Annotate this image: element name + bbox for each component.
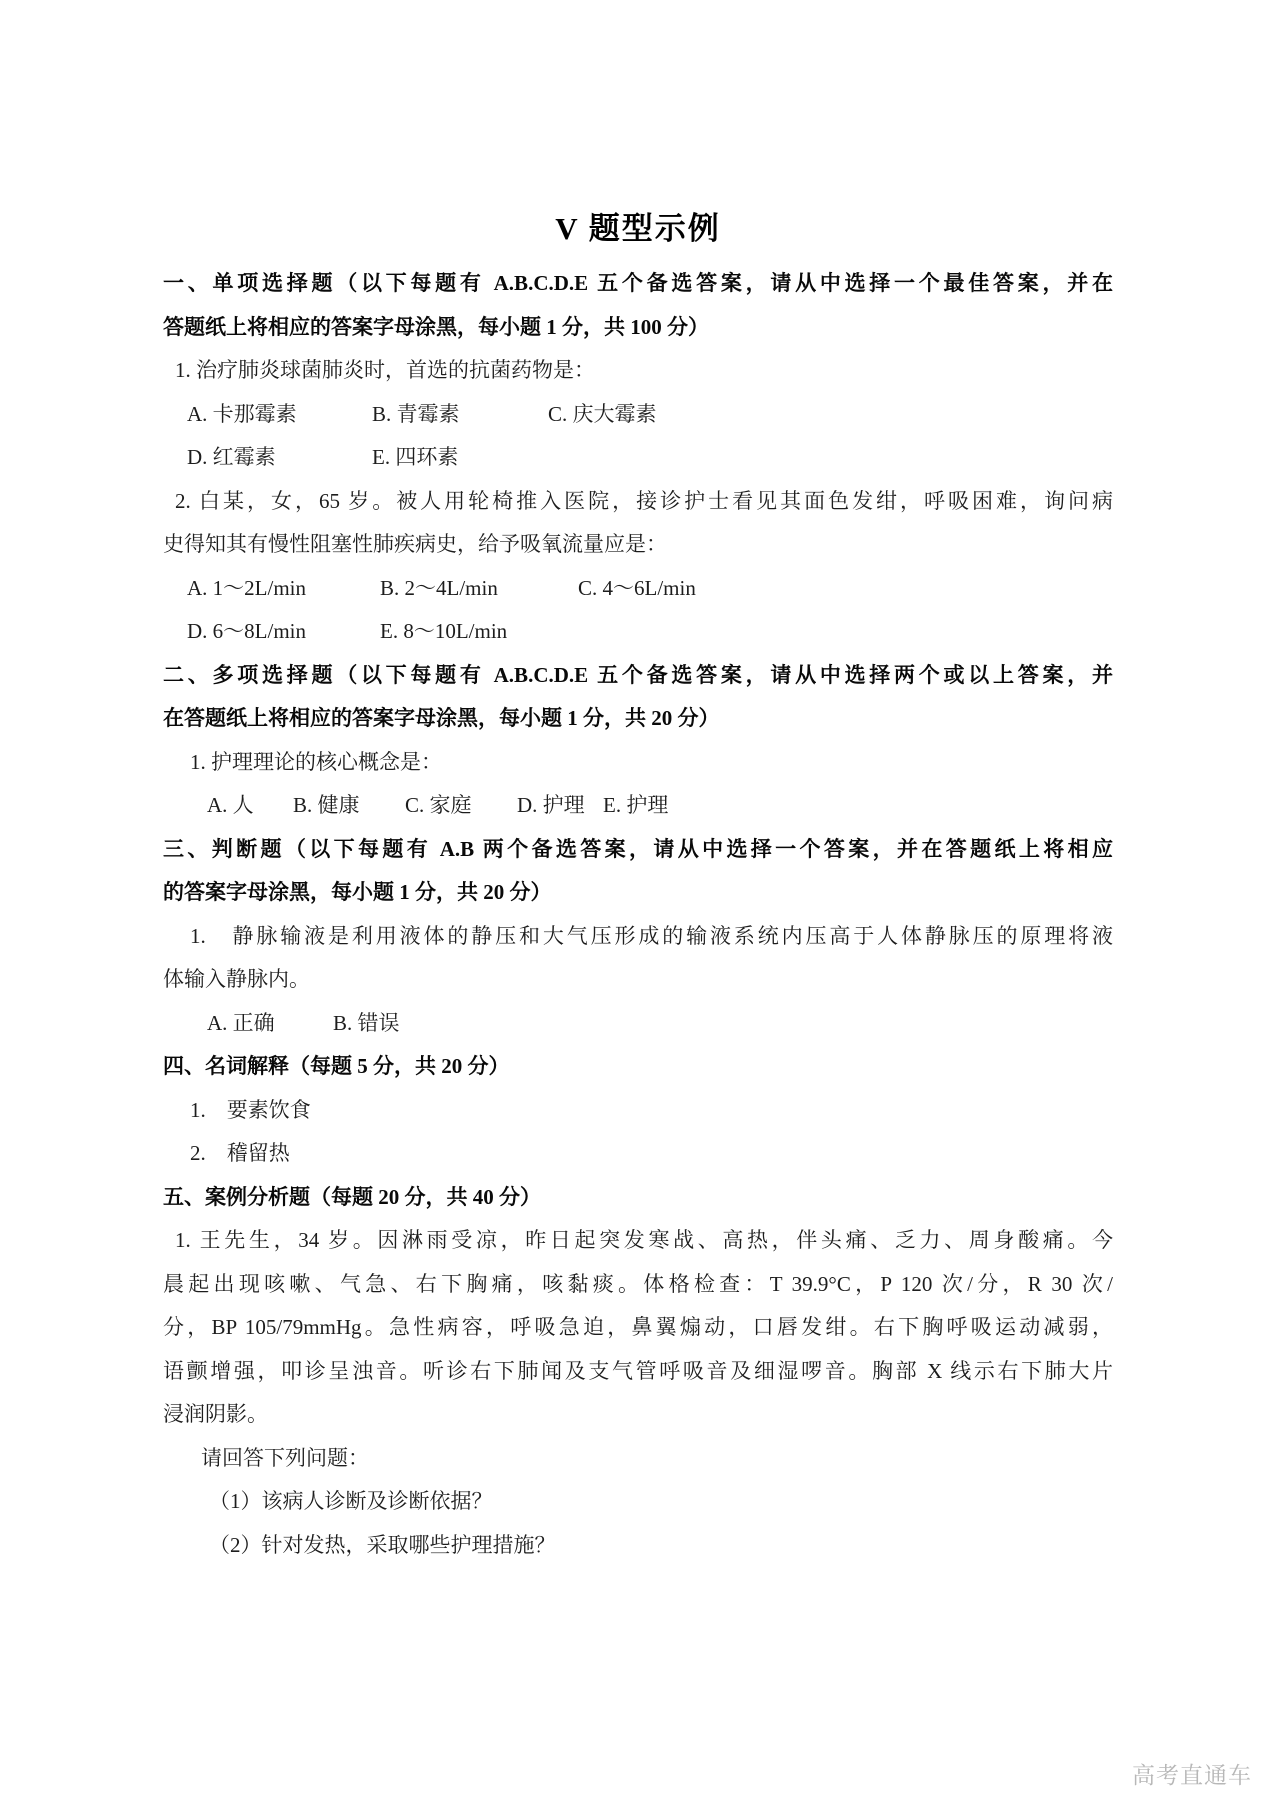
option-a: A. 人 xyxy=(207,784,293,828)
option-c: C. 4～6L/min xyxy=(578,567,696,611)
section1-q2-stem-line2: 史得知其有慢性阻塞性肺疾病史，给予吸氧流量应是： xyxy=(163,523,1113,567)
option-c: C. 庆大霉素 xyxy=(548,393,657,437)
section5-case-line3: 分，BP 105/79mmHg。急性病容，呼吸急迫，鼻翼煽动，口唇发绀。右下胸呼… xyxy=(163,1306,1113,1350)
section5-case-line4: 语颤增强，叩诊呈浊音。听诊右下肺闻及支气管呼吸音及细湿啰音。胸部 X 线示右下肺… xyxy=(163,1350,1113,1394)
section2-heading-line2: 在答题纸上将相应的答案字母涂黑，每小题 1 分，共 20 分） xyxy=(163,697,1113,741)
section5-prompt: 请回答下列问题： xyxy=(163,1437,1113,1481)
section1-q1-options-row1: A. 卡那霉素B. 青霉素C. 庆大霉素 xyxy=(163,393,1113,437)
section5-subquestion-1: （1）该病人诊断及诊断依据？ xyxy=(163,1480,1113,1524)
option-b: B. 健康 xyxy=(293,784,405,828)
document-body: V 题型示例 一、单项选择题（以下每题有 A.B.C.D.E 五个备选答案，请从… xyxy=(163,206,1113,1567)
section1-heading-line2: 答题纸上将相应的答案字母涂黑，每小题 1 分，共 100 分） xyxy=(163,306,1113,350)
option-d: D. 6～8L/min xyxy=(187,610,380,654)
section5-subquestion-2: （2）针对发热，采取哪些护理措施？ xyxy=(163,1524,1113,1568)
section3-q1-line1: 1. 静脉输液是利用液体的静压和大气压形成的输液系统内压高于人体静脉压的原理将液 xyxy=(163,915,1113,959)
section5-heading: 五、案例分析题（每题 20 分，共 40 分） xyxy=(163,1176,1113,1220)
section1-q2-options-row2: D. 6～8L/minE. 8～10L/min xyxy=(163,610,1113,654)
section1-q2-stem-line1: 2. 白某，女，65 岁。被人用轮椅推入医院，接诊护士看见其面色发绀，呼吸困难，… xyxy=(163,480,1113,524)
section4-item-1: 1. 要素饮食 xyxy=(163,1089,1113,1133)
section5-case-line1: 1. 王先生，34 岁。因淋雨受凉，昨日起突发寒战、高热，伴头痛、乏力、周身酸痛… xyxy=(163,1219,1113,1263)
option-b: B. 2～4L/min xyxy=(380,567,578,611)
section3-q1-options-row: A. 正确B. 错误 xyxy=(163,1002,1113,1046)
section5-case-line5: 浸润阴影。 xyxy=(163,1393,1113,1437)
section3-q1-line2: 体输入静脉内。 xyxy=(163,958,1113,1002)
option-a: A. 1～2L/min xyxy=(187,567,380,611)
section1-q2-options-row1: A. 1～2L/minB. 2～4L/minC. 4～6L/min xyxy=(163,567,1113,611)
option-b: B. 错误 xyxy=(333,1002,400,1046)
option-a: A. 正确 xyxy=(207,1002,333,1046)
section5-case-line2: 晨起出现咳嗽、气急、右下胸痛，咳黏痰。体格检查：T 39.9°C，P 120 次… xyxy=(163,1263,1113,1307)
option-e: E. 四环素 xyxy=(372,436,458,480)
section2-heading-line1: 二、多项选择题（以下每题有 A.B.C.D.E 五个备选答案，请从中选择两个或以… xyxy=(163,654,1113,698)
option-d: D. 护理 xyxy=(517,784,603,828)
option-a: A. 卡那霉素 xyxy=(187,393,372,437)
option-d: D. 红霉素 xyxy=(187,436,372,480)
section3-heading-line2: 的答案字母涂黑，每小题 1 分，共 20 分） xyxy=(163,871,1113,915)
option-e: E. 护理 xyxy=(603,784,668,828)
section2-q1-stem: 1. 护理理论的核心概念是： xyxy=(163,741,1113,785)
document-page: V 题型示例 一、单项选择题（以下每题有 A.B.C.D.E 五个备选答案，请从… xyxy=(0,0,1280,1810)
section3-heading-line1: 三、判断题（以下每题有 A.B 两个备选答案，请从中选择一个答案，并在答题纸上将… xyxy=(163,828,1113,872)
page-title: V 题型示例 xyxy=(163,206,1113,262)
watermark-brand: 高考直通车 xyxy=(1132,1757,1252,1790)
section1-q1-options-row2: D. 红霉素E. 四环素 xyxy=(163,436,1113,480)
option-b: B. 青霉素 xyxy=(372,393,548,437)
section1-q1-stem: 1. 治疗肺炎球菌肺炎时，首选的抗菌药物是： xyxy=(163,349,1113,393)
section4-item-2: 2. 稽留热 xyxy=(163,1132,1113,1176)
option-c: C. 家庭 xyxy=(405,784,517,828)
section2-q1-options-row: A. 人B. 健康C. 家庭D. 护理E. 护理 xyxy=(163,784,1113,828)
section4-heading: 四、名词解释（每题 5 分，共 20 分） xyxy=(163,1045,1113,1089)
option-e: E. 8～10L/min xyxy=(380,610,507,654)
section1-heading-line1: 一、单项选择题（以下每题有 A.B.C.D.E 五个备选答案，请从中选择一个最佳… xyxy=(163,262,1113,306)
